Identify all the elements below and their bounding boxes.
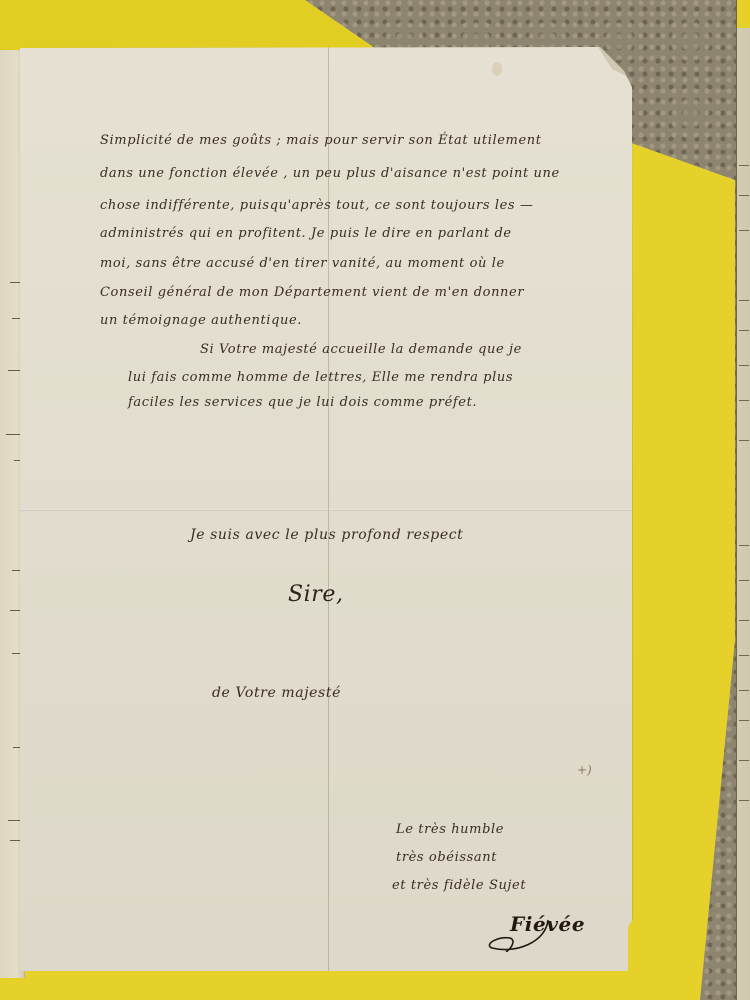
closing-of-majesty: de Votre majesté bbox=[212, 685, 341, 701]
handwriting-fragment bbox=[739, 195, 749, 196]
letter-line: moi, sans être accusé d'en tirer vanité,… bbox=[100, 256, 505, 271]
letter-line: un témoignage authentique. bbox=[100, 313, 302, 328]
letter-page bbox=[20, 47, 632, 971]
letter-line: Conseil général de mon Département vient… bbox=[100, 285, 524, 300]
handwriting-fragment bbox=[10, 610, 20, 611]
handwriting-fragment bbox=[739, 620, 749, 621]
closing-respect-line: Je suis avec le plus profond respect bbox=[190, 527, 463, 543]
handwriting-fragment bbox=[12, 318, 20, 319]
paper-stain bbox=[492, 62, 502, 76]
closing-humble-line: Le très humble bbox=[396, 822, 504, 837]
handwriting-fragment bbox=[739, 365, 749, 366]
handwriting-fragment bbox=[12, 570, 20, 571]
letter-line: lui fais comme homme de lettres, Elle me… bbox=[128, 370, 513, 385]
handwriting-fragment bbox=[739, 545, 749, 546]
handwriting-fragment bbox=[739, 400, 749, 401]
handwriting-fragment bbox=[739, 440, 749, 441]
salutation-sire: Sire, bbox=[288, 582, 344, 607]
closing-humble-line: très obéissant bbox=[396, 850, 497, 865]
closing-humble-line: et très fidèle Sujet bbox=[392, 878, 526, 893]
adjacent-page-right bbox=[736, 0, 750, 1000]
handwriting-fragment bbox=[739, 800, 749, 801]
handwriting-fragment bbox=[739, 230, 749, 231]
handwriting-fragment bbox=[14, 460, 20, 461]
handwriting-fragment bbox=[12, 653, 20, 654]
handwriting-fragment bbox=[739, 165, 749, 166]
handwriting-fragment bbox=[10, 282, 20, 283]
handwriting-fragment bbox=[739, 300, 749, 301]
signature-flourish bbox=[486, 912, 566, 952]
letter-line: Simplicité de mes goûts ; mais pour serv… bbox=[100, 133, 542, 148]
handwriting-fragment bbox=[10, 840, 20, 841]
handwriting-fragment bbox=[739, 330, 749, 331]
handwriting-fragment bbox=[739, 690, 749, 691]
handwriting-fragment bbox=[739, 720, 749, 721]
handwriting-fragment bbox=[6, 434, 20, 435]
margin-mark: +) bbox=[577, 763, 592, 777]
handwriting-fragment bbox=[739, 580, 749, 581]
letter-line: chose indifférente, puisqu'après tout, c… bbox=[100, 198, 534, 213]
letter-line: Si Votre majesté accueille la demande qu… bbox=[200, 342, 522, 357]
horizontal-fold-crease bbox=[20, 509, 632, 511]
letter-line: administrés qui en profitent. Je puis le… bbox=[100, 226, 512, 241]
handwriting-fragment bbox=[8, 370, 20, 371]
yellow-folder-edge bbox=[737, 0, 750, 28]
letter-line: faciles les services que je lui dois com… bbox=[128, 395, 477, 410]
handwriting-fragment bbox=[739, 655, 749, 656]
handwriting-fragment bbox=[13, 747, 20, 748]
handwriting-fragment bbox=[8, 820, 20, 821]
letter-line: dans une fonction élevée , un peu plus d… bbox=[100, 166, 560, 181]
handwriting-fragment bbox=[739, 760, 749, 761]
